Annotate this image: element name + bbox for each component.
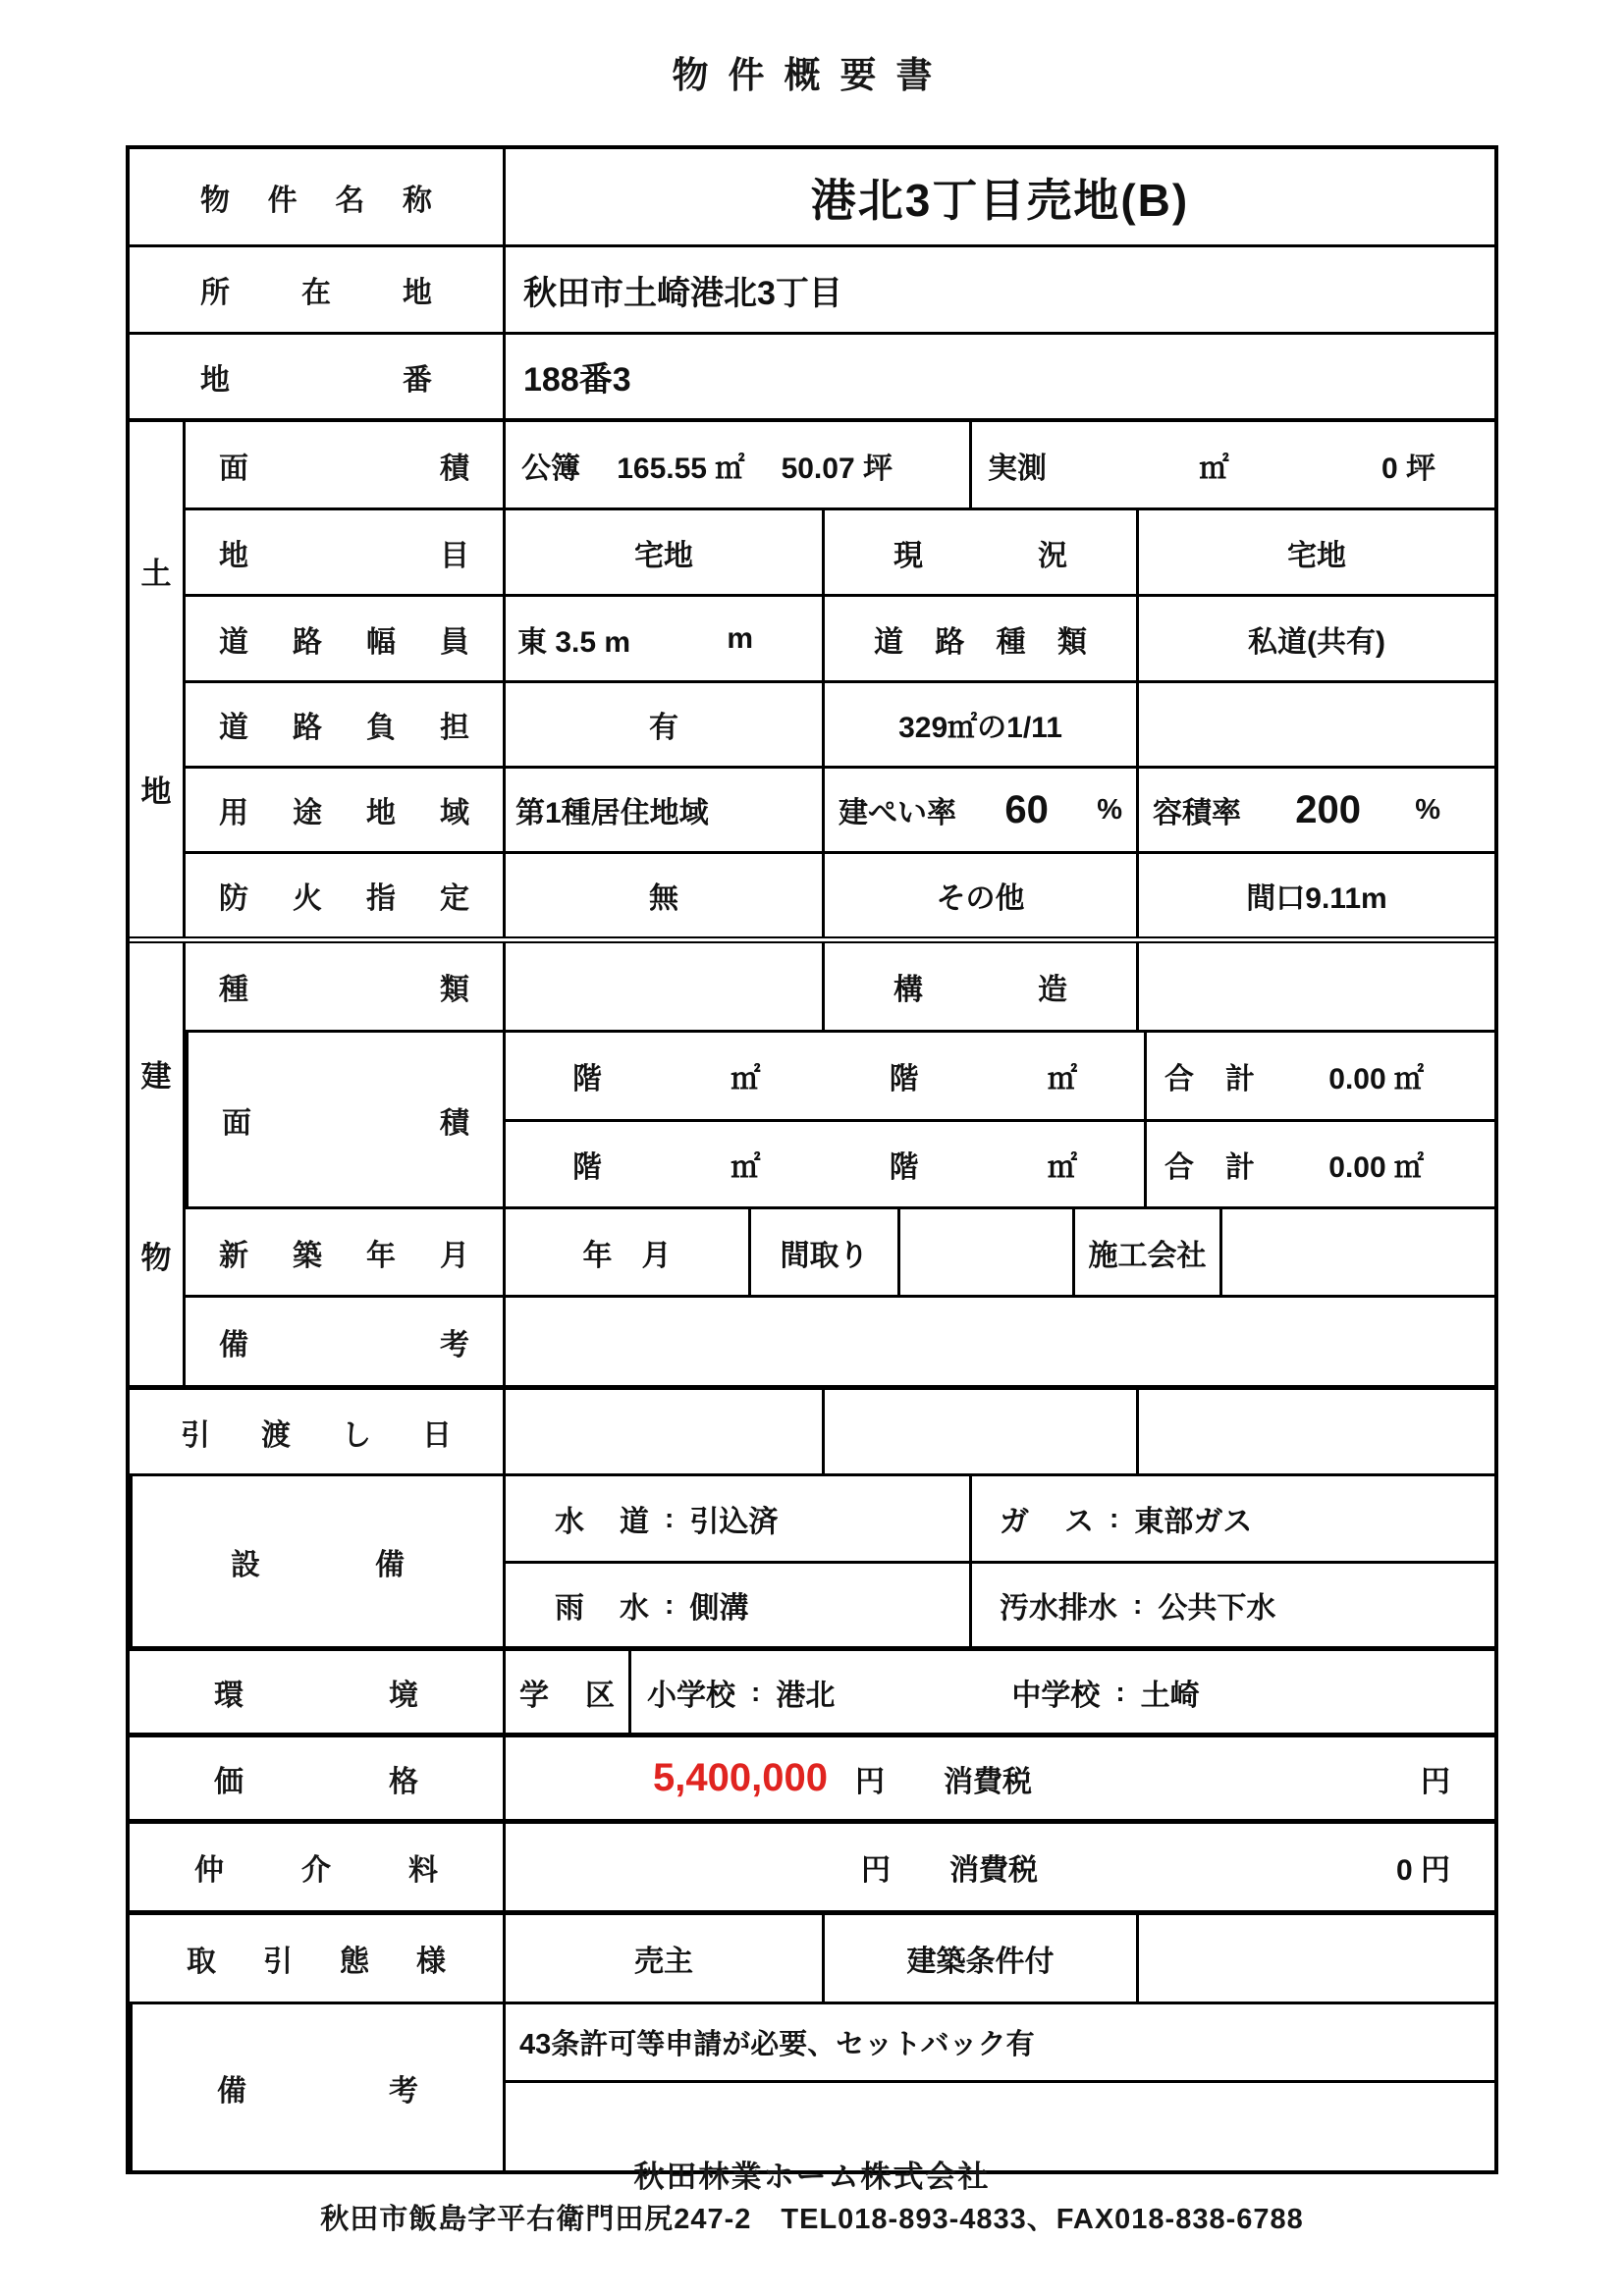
row-transaction-type: 取引態様 売主 建築条件付	[130, 1910, 1494, 2002]
building-section: 建 物 種類 構造 面積	[130, 936, 1494, 1385]
price-tax-unit: 円	[1421, 1757, 1450, 1800]
land-category-value: 宅地	[634, 531, 693, 574]
fire-value: 無	[649, 874, 678, 917]
building-area-group: 面積 階 ㎡ 階 ㎡ 合計 0.00 ㎡	[186, 1030, 1494, 1206]
remarks-line1-cell: 43条許可等申請が必要、セットバック有	[503, 2004, 1494, 2080]
commission-unit: 円	[861, 1845, 891, 1889]
road-width-label-cell: 道路幅員	[186, 597, 503, 680]
land-area-label-cell: 面積	[186, 422, 503, 507]
handover-cell-3	[1136, 1390, 1494, 1473]
land-area-measured-cell: 実測 ㎡ 0 坪	[969, 422, 1494, 507]
transaction-value: 売主	[634, 1937, 693, 1980]
zoning-value-cell: 第1種居住地域	[503, 769, 822, 851]
road-burden-detail-cell: 329㎡の1/11	[822, 683, 1136, 766]
footer-company-name: 秋田林業ホーム株式会社	[0, 2152, 1624, 2196]
utilities-subrow-2: 雨水 : 側溝 汚水排水 : 公共下水	[503, 1561, 1494, 1646]
road-type-label-cell: 道路種類	[822, 597, 1136, 680]
rain-cell: 雨水 : 側溝	[503, 1564, 969, 1646]
registered-m2: 165.55 ㎡	[617, 444, 744, 487]
footer-company-address: 秋田市飯島字平右衛門田尻247-2 TEL018-893-4833、FAX018…	[0, 2197, 1624, 2237]
built-date-label-cell: 新築年月	[186, 1209, 503, 1295]
area-total-cell-1: 合計 0.00 ㎡	[1144, 1033, 1494, 1119]
water-cell: 水道 : 引込済	[503, 1476, 969, 1561]
school-district-label: 学区	[506, 1671, 628, 1714]
far-label: 容積率	[1153, 788, 1241, 831]
fire-label-cell: 防火指定	[186, 854, 503, 936]
zoning-label-cell: 用途地域	[186, 769, 503, 851]
water-value: 引込済	[689, 1497, 778, 1540]
lot-label: 地番	[130, 355, 503, 399]
price-unit: 円	[855, 1757, 885, 1800]
land-category-label-cell: 地目	[186, 510, 503, 594]
measured-tsubo: 0 坪	[1381, 444, 1435, 487]
built-date-value-cell: 年 月	[503, 1209, 748, 1295]
land-category-label: 地目	[186, 531, 503, 574]
land-section: 土 地 面積 公簿 165.55 ㎡ 50.07 坪 実測 ㎡	[130, 418, 1494, 936]
building-section-label: 建 物	[130, 943, 186, 1385]
madori-value-cell	[897, 1209, 1072, 1295]
property-name-value: 港北3丁目売地(B)	[811, 165, 1189, 230]
land-area-registered-cell: 公簿 165.55 ㎡ 50.07 坪	[503, 422, 969, 507]
row-land-area: 面積 公簿 165.55 ㎡ 50.07 坪 実測 ㎡ 0 坪	[186, 422, 1494, 507]
builder-label-cell: 施工会社	[1072, 1209, 1219, 1295]
building-area-label: 面積	[189, 1098, 503, 1142]
road-type-label: 道路種類	[825, 617, 1136, 661]
land-section-label: 土 地	[130, 422, 186, 936]
row-handover-date: 引渡し日	[130, 1385, 1494, 1473]
gas-value: 東部ガス	[1134, 1497, 1252, 1540]
handover-label-cell: 引渡し日	[130, 1390, 503, 1473]
handover-cell-1	[503, 1390, 822, 1473]
fire-other-value-cell: 間口9.11m	[1136, 854, 1494, 936]
commission-label: 仲介料	[130, 1845, 503, 1889]
junior-value: 土崎	[1141, 1671, 1200, 1714]
row-built-date: 新築年月 年 月 間取り 施工会社	[186, 1206, 1494, 1295]
lot-value: 188番3	[523, 352, 631, 400]
colon: :	[1110, 1503, 1118, 1534]
commission-label-cell: 仲介料	[130, 1824, 503, 1910]
elementary-label: 小学校	[647, 1671, 735, 1714]
commission-value-cell: 円 消費税 0 円	[503, 1824, 1494, 1910]
sewage-value: 公共下水	[1158, 1583, 1275, 1627]
current-status-value-cell: 宅地	[1136, 510, 1494, 594]
current-status-value: 宅地	[1287, 531, 1346, 574]
transaction-condition: 建築条件付	[907, 1937, 1055, 1980]
madori-label-cell: 間取り	[748, 1209, 897, 1295]
building-area-label-cell: 面積	[186, 1033, 503, 1206]
commission-tax-label: 消費税	[949, 1845, 1038, 1889]
floor-label: 階	[572, 1054, 602, 1097]
land-category-value-cell: 宅地	[503, 510, 822, 594]
remarks-subrow-1: 43条許可等申請が必要、セットバック有	[503, 2004, 1494, 2080]
remarks-line1: 43条許可等申請が必要、セットバック有	[519, 2022, 1035, 2062]
rain-value: 側溝	[689, 1583, 748, 1627]
building-kind-label-cell: 種類	[186, 943, 503, 1030]
gas-label: ガス	[1000, 1497, 1094, 1540]
row-land-category: 地目 宅地 現況 宅地	[186, 507, 1494, 594]
floor-label: 階	[890, 1143, 919, 1186]
floor-m2: ㎡	[1048, 1143, 1077, 1186]
zoning-label: 用途地域	[186, 788, 503, 831]
structure-value-cell	[1136, 943, 1494, 1030]
road-width-label: 道路幅員	[186, 617, 503, 661]
colon: :	[665, 1503, 674, 1534]
fire-other-value: 間口9.11m	[1246, 874, 1386, 917]
road-width-value-cell: 東 3.5 m m	[503, 597, 822, 680]
builder-value-cell	[1219, 1209, 1494, 1295]
fire-label: 防火指定	[186, 874, 503, 917]
elementary-value: 港北	[776, 1671, 835, 1714]
building-kind-value-cell	[503, 943, 822, 1030]
road-burden-label: 道路負担	[186, 703, 503, 746]
row-price: 価格 5,400,000 円 消費税 円	[130, 1733, 1494, 1819]
schools-cell: 小学校 : 港北 中学校 : 土崎	[628, 1651, 1494, 1733]
price-value: 5,400,000	[653, 1756, 828, 1800]
road-burden-value-cell: 有	[503, 683, 822, 766]
transaction-label-cell: 取引態様	[130, 1915, 503, 2002]
floors-cell-1: 階 ㎡ 階 ㎡	[503, 1033, 1144, 1119]
row-road-burden: 道路負担 有 329㎡の1/11	[186, 680, 1494, 766]
structure-label: 構造	[825, 965, 1136, 1008]
area-total-cell-2: 合計 0.00 ㎡	[1144, 1122, 1494, 1206]
bcr-cell: 建ぺい率 60 %	[822, 769, 1136, 851]
building-kind-label: 種類	[186, 965, 503, 1008]
sewage-label: 汚水排水	[1000, 1583, 1117, 1627]
far-cell: 容積率 200 %	[1136, 769, 1494, 851]
far-unit: %	[1415, 794, 1440, 827]
land-section-char-top: 土	[141, 549, 172, 593]
fire-other-label: その他	[937, 874, 1025, 917]
zoning-value: 第1種居住地域	[515, 788, 709, 831]
address-value-cell: 秋田市土崎港北3丁目	[503, 247, 1494, 332]
utilities-label: 設備	[133, 1540, 503, 1583]
total-value: 0.00 ㎡	[1328, 1143, 1424, 1186]
handover-label: 引渡し日	[130, 1411, 503, 1454]
land-area-label: 面積	[186, 444, 503, 487]
road-burden-value: 有	[649, 703, 678, 746]
road-burden-detail: 329㎡の1/11	[898, 703, 1062, 746]
building-note-value-cell	[503, 1298, 1494, 1385]
school-district-label-cell: 学区	[503, 1651, 628, 1733]
lot-label-cell: 地番	[130, 335, 503, 418]
transaction-label: 取引態様	[130, 1937, 503, 1980]
transaction-value-cell: 売主	[503, 1915, 822, 2002]
bcr-label: 建ぺい率	[839, 788, 956, 831]
property-name-label-cell: 物件名称	[130, 149, 503, 244]
utilities-subrow-1: 水道 : 引込済 ガス : 東部ガス	[503, 1476, 1494, 1561]
total-value: 0.00 ㎡	[1328, 1054, 1424, 1097]
address-value: 秋田市土崎港北3丁目	[523, 266, 842, 314]
registered-tsubo: 50.07 坪	[782, 444, 893, 487]
measured-m2: ㎡	[1199, 444, 1228, 487]
price-tax-label: 消費税	[944, 1757, 1032, 1800]
floor-m2: ㎡	[731, 1054, 760, 1097]
road-burden-label-cell: 道路負担	[186, 683, 503, 766]
built-date-label: 新築年月	[186, 1231, 503, 1274]
address-label: 所在地	[130, 268, 503, 311]
row-zoning: 用途地域 第1種居住地域 建ぺい率 60 % 容積率 200 %	[186, 766, 1494, 851]
remarks-label-cell: 備考	[130, 2004, 503, 2170]
building-note-label: 備考	[186, 1320, 503, 1363]
measured-label: 実測	[988, 444, 1047, 487]
colon: :	[751, 1677, 760, 1708]
property-summary-sheet: 物件概要書 物件名称 港北3丁目売地(B) 所在地 秋田市土崎港北3丁目 地番	[0, 0, 1624, 2296]
row-address: 所在地 秋田市土崎港北3丁目	[130, 244, 1494, 332]
price-label: 価格	[130, 1757, 503, 1800]
bcr-unit: %	[1097, 794, 1122, 827]
row-fire-designation: 防火指定 無 その他 間口9.11m	[186, 851, 1494, 936]
property-name-value-cell: 港北3丁目売地(B)	[503, 149, 1494, 244]
price-label-cell: 価格	[130, 1737, 503, 1819]
road-type-value: 私道(共有)	[1248, 617, 1385, 661]
colon: :	[1115, 1677, 1124, 1708]
junior-label: 中学校	[1011, 1671, 1100, 1714]
current-status-label-cell: 現況	[822, 510, 1136, 594]
building-area-subrow-2: 階 ㎡ 階 ㎡ 合計 0.00 ㎡	[503, 1119, 1494, 1206]
page-title: 物件概要書	[0, 45, 1624, 98]
row-road-width: 道路幅員 東 3.5 m m 道路種類 私道(共有)	[186, 594, 1494, 680]
building-section-char-bottom: 物	[141, 1233, 172, 1277]
structure-label-cell: 構造	[822, 943, 1136, 1030]
total-label: 合計	[1164, 1143, 1255, 1186]
utilities-label-cell: 設備	[130, 1476, 503, 1646]
gas-cell: ガス : 東部ガス	[969, 1476, 1494, 1561]
floor-m2: ㎡	[731, 1143, 760, 1186]
row-property-name: 物件名称 港北3丁目売地(B)	[130, 149, 1494, 244]
building-section-char-top: 建	[141, 1051, 172, 1095]
utilities-group: 設備 水道 : 引込済 ガス : 東部ガス	[130, 1473, 1494, 1646]
floor-label: 階	[572, 1143, 602, 1186]
road-type-value-cell: 私道(共有)	[1136, 597, 1494, 680]
building-area-subrow-1: 階 ㎡ 階 ㎡ 合計 0.00 ㎡	[503, 1033, 1494, 1119]
handover-cell-2	[822, 1390, 1136, 1473]
registered-label: 公簿	[521, 444, 580, 487]
transaction-condition-cell: 建築条件付	[822, 1915, 1136, 2002]
environment-label: 環境	[130, 1671, 503, 1714]
rain-label: 雨水	[555, 1583, 649, 1627]
sewage-cell: 汚水排水 : 公共下水	[969, 1564, 1494, 1646]
built-year-month: 年 月	[583, 1231, 672, 1274]
current-status-label: 現況	[825, 531, 1136, 574]
madori-label: 間取り	[781, 1231, 869, 1274]
road-width-value2: m	[727, 622, 753, 656]
far-value: 200	[1295, 788, 1361, 832]
row-environment: 環境 学区 小学校 : 港北 中学校 : 土崎	[130, 1646, 1494, 1733]
property-name-label: 物件名称	[130, 176, 503, 219]
lot-value-cell: 188番3	[503, 335, 1494, 418]
fire-value-cell: 無	[503, 854, 822, 936]
water-label: 水道	[555, 1497, 649, 1540]
commission-tax-value: 0 円	[1396, 1845, 1450, 1889]
building-note-label-cell: 備考	[186, 1298, 503, 1385]
row-commission: 仲介料 円 消費税 0 円	[130, 1819, 1494, 1910]
row-building-note: 備考	[186, 1295, 1494, 1385]
land-section-char-bottom: 地	[141, 767, 172, 811]
builder-label: 施工会社	[1089, 1231, 1207, 1274]
row-building-kind: 種類 構造	[186, 943, 1494, 1030]
environment-label-cell: 環境	[130, 1651, 503, 1733]
floors-cell-2: 階 ㎡ 階 ㎡	[503, 1122, 1144, 1206]
road-burden-empty-cell	[1136, 683, 1494, 766]
colon: :	[1133, 1589, 1142, 1621]
transaction-empty-cell	[1136, 1915, 1494, 2002]
colon: :	[665, 1589, 674, 1621]
row-lot-number: 地番 188番3	[130, 332, 1494, 418]
floor-label: 階	[890, 1054, 919, 1097]
total-label: 合計	[1164, 1054, 1255, 1097]
bcr-value: 60	[1004, 788, 1049, 832]
road-width-value: 東 3.5 m	[517, 617, 630, 661]
floor-m2: ㎡	[1048, 1054, 1077, 1097]
remarks-label: 備考	[133, 2066, 503, 2109]
price-value-cell: 5,400,000 円 消費税 円	[503, 1737, 1494, 1819]
fire-other-label-cell: その他	[822, 854, 1136, 936]
address-label-cell: 所在地	[130, 247, 503, 332]
remarks-group: 備考 43条許可等申請が必要、セットバック有	[130, 2002, 1494, 2170]
property-table: 物件名称 港北3丁目売地(B) 所在地 秋田市土崎港北3丁目 地番 188番3	[126, 145, 1498, 2174]
